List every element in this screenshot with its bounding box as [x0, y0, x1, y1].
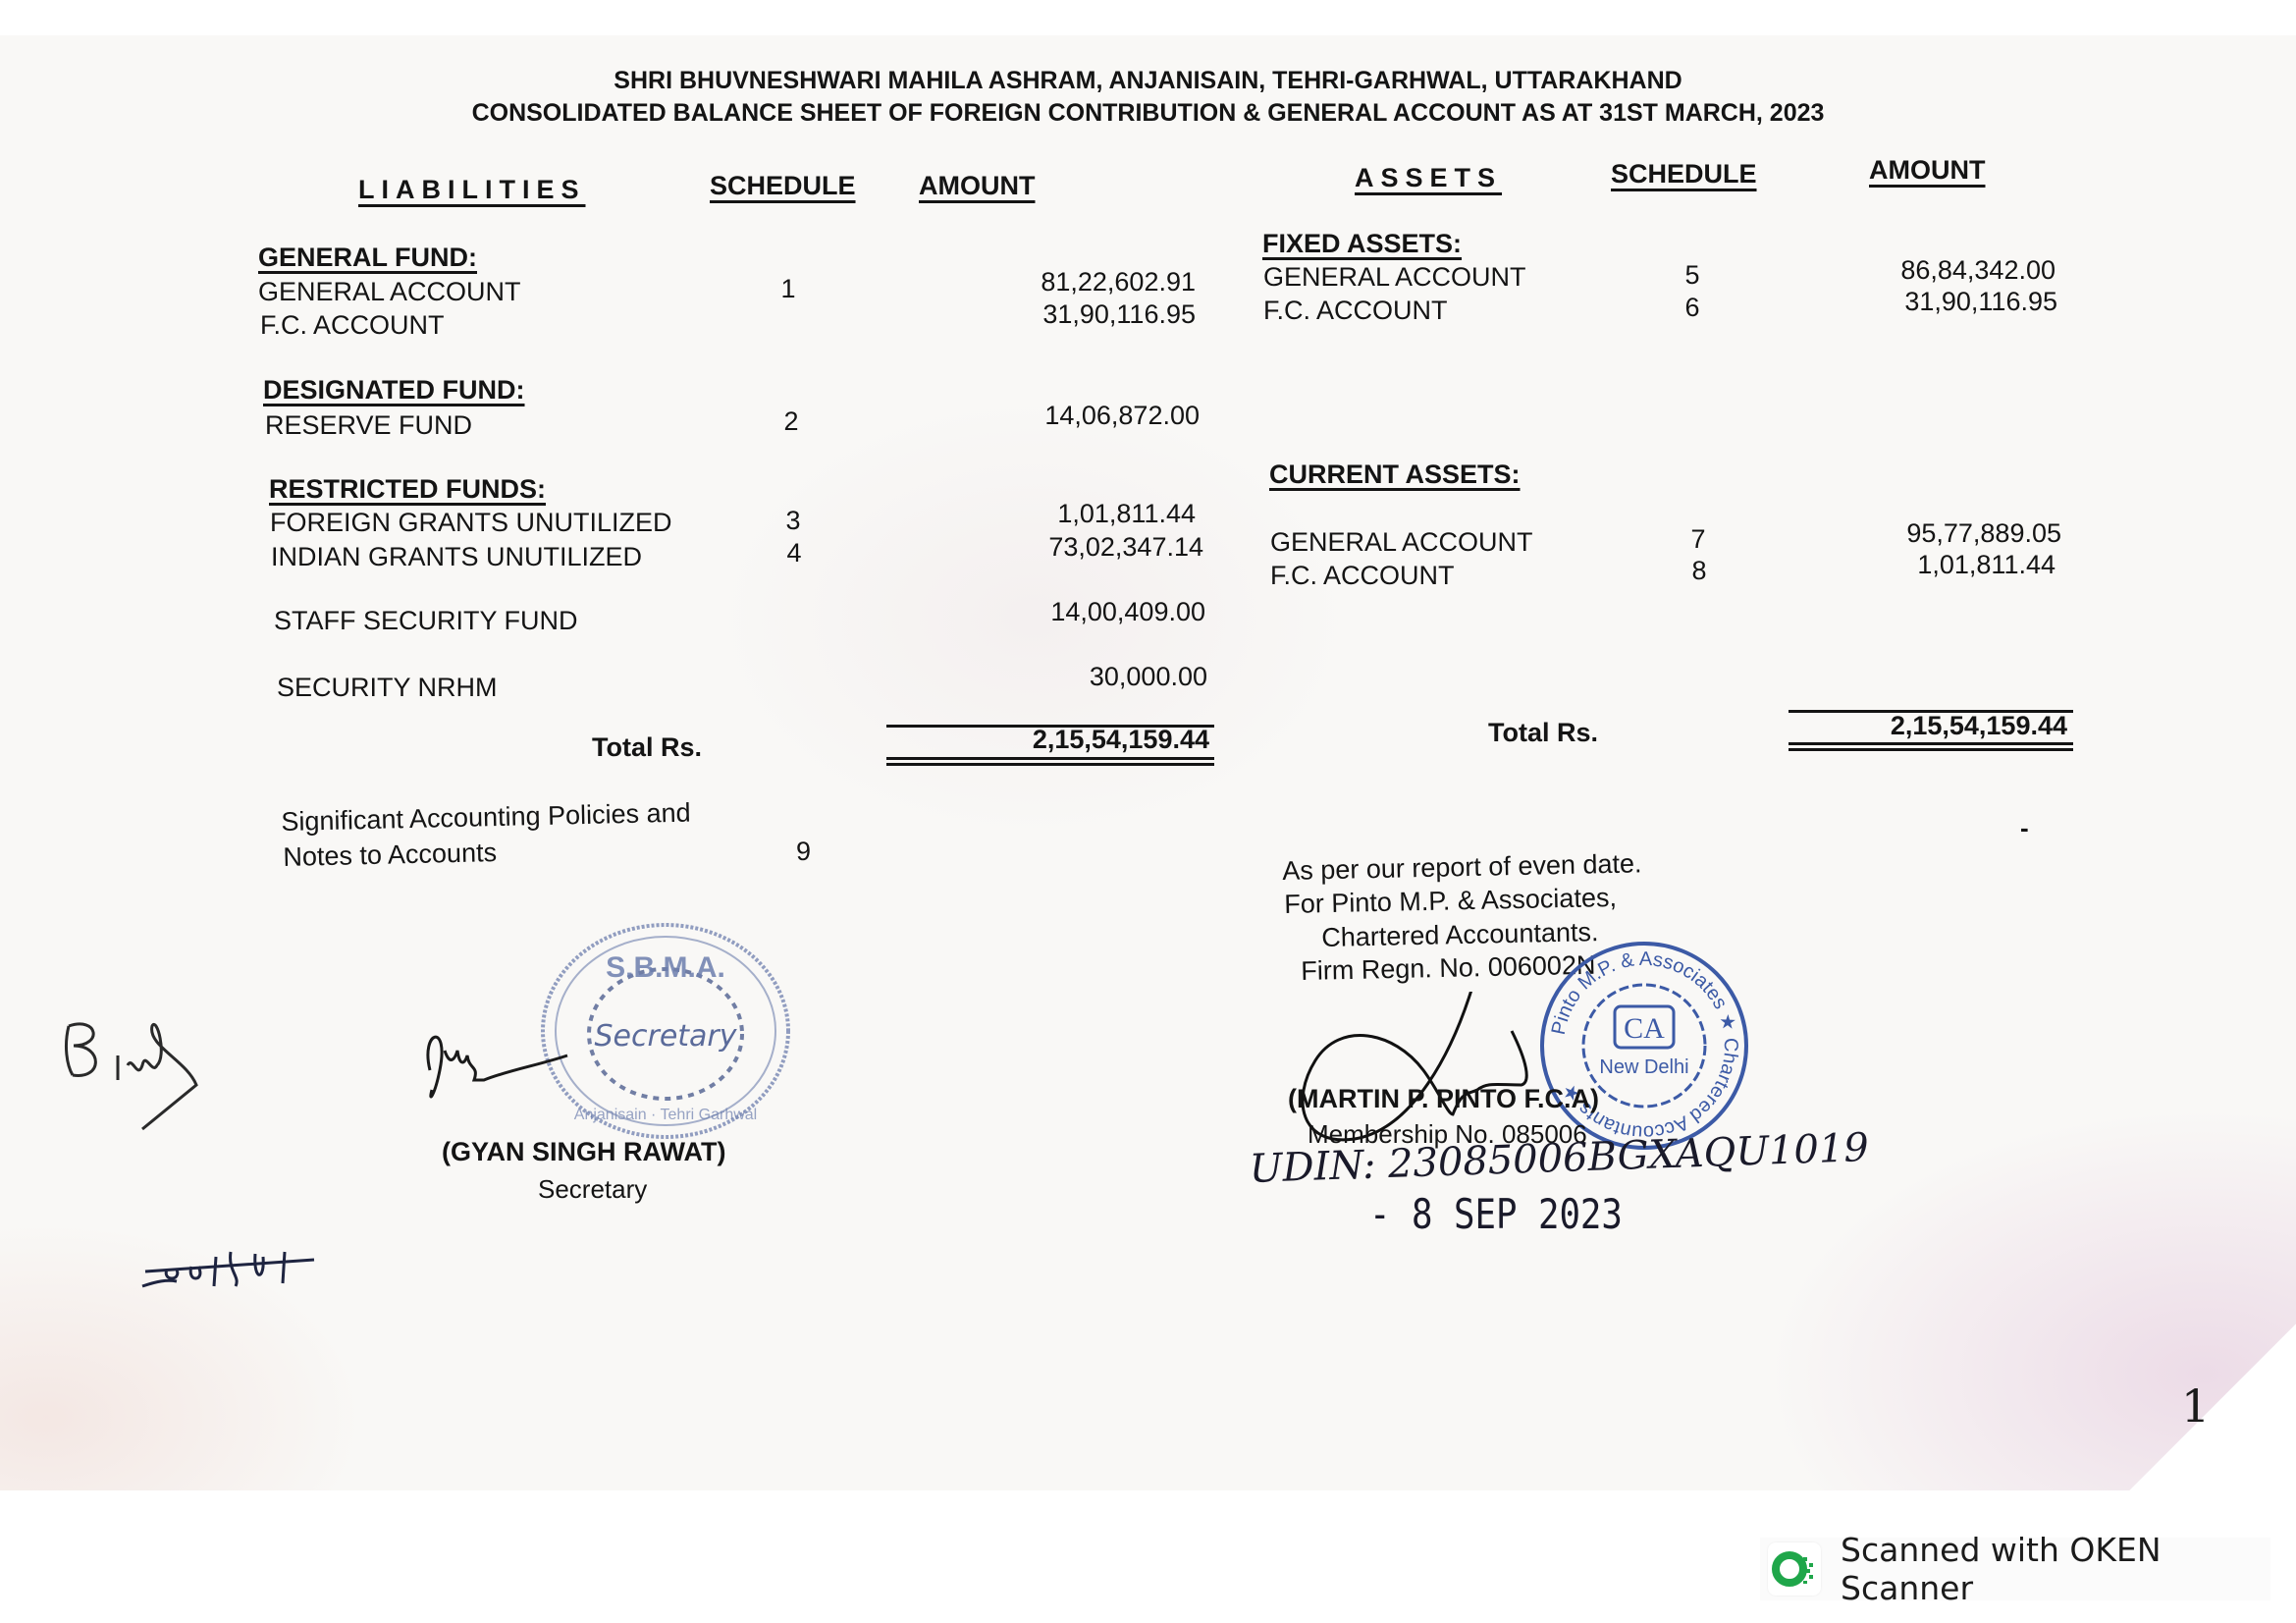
assets-total-label: Total Rs.: [1488, 718, 1598, 748]
liability-schedule: 2: [772, 406, 811, 437]
assets-amount-heading: AMOUNT: [1869, 155, 1985, 186]
asset-label: GENERAL ACCOUNT: [1270, 527, 1533, 558]
asset-label: F.C. ACCOUNT: [1270, 561, 1455, 591]
asset-label: GENERAL ACCOUNT: [1263, 262, 1526, 293]
section-current-assets: CURRENT ASSETS:: [1269, 460, 1521, 490]
total-rule-double-2: [886, 763, 1214, 766]
org-title: SHRI BHUVNESHWARI MAHILA ASHRAM, ANJANIS…: [0, 67, 2296, 95]
liability-label: STAFF SECURITY FUND: [274, 606, 578, 636]
asset-schedule: 5: [1673, 260, 1712, 291]
secretary-name: (GYAN SINGH RAWAT): [442, 1137, 726, 1167]
svg-text:Secretary: Secretary: [594, 1019, 737, 1054]
liability-schedule: 3: [774, 506, 813, 536]
liability-amount: 14,06,872.00: [986, 401, 1200, 431]
assets-schedule-heading: SCHEDULE: [1611, 159, 1757, 189]
section-general-fund: GENERAL FUND:: [258, 243, 477, 273]
asset-label: F.C. ACCOUNT: [1263, 296, 1448, 326]
asset-schedule: 8: [1680, 556, 1719, 586]
liabilities-amount-heading: AMOUNT: [919, 171, 1035, 201]
secretary-signature-icon: [410, 1011, 577, 1119]
asset-amount: 86,84,342.00: [1842, 255, 2056, 286]
initials-signature-icon: [59, 1006, 245, 1154]
asset-amount: 95,77,889.05: [1847, 518, 2061, 549]
liabilities-schedule-heading: SCHEDULE: [710, 171, 856, 201]
svg-text:CA: CA: [1624, 1012, 1665, 1045]
liability-label: FOREIGN GRANTS UNUTILIZED: [270, 508, 672, 538]
asset-schedule: 7: [1679, 524, 1718, 555]
liability-label: INDIAN GRANTS UNUTILIZED: [271, 542, 642, 572]
svg-text:S.B.M.A.: S.B.M.A.: [606, 951, 725, 984]
liability-amount: 81,22,602.91: [982, 267, 1196, 298]
liability-amount: 14,00,409.00: [991, 597, 1205, 627]
liability-amount: 30,000.00: [993, 662, 1207, 692]
section-designated-fund: DESIGNATED FUND:: [263, 375, 525, 406]
section-restricted-funds: RESTRICTED FUNDS:: [269, 474, 546, 505]
oken-scanner-logo-icon: [1768, 1542, 1821, 1596]
total-rule-double-1: [1789, 742, 2073, 745]
asset-amount: 31,90,116.95: [1843, 287, 2057, 317]
svg-text:Anjanisain · Tehri Garhwal: Anjanisain · Tehri Garhwal: [574, 1107, 757, 1123]
liability-schedule: 4: [774, 538, 814, 568]
liabilities-total: 2,15,54,159.44: [982, 725, 1209, 755]
liability-label: RESERVE FUND: [265, 410, 472, 441]
liability-amount: 31,90,116.95: [982, 299, 1196, 330]
liability-amount: 73,02,347.14: [989, 532, 1203, 563]
auditor-name: (MARTIN P. PINTO F.C.A): [1288, 1084, 1599, 1114]
section-fixed-assets: FIXED ASSETS:: [1262, 229, 1462, 259]
liability-label: F.C. ACCOUNT: [260, 310, 445, 341]
assets-total: 2,15,54,159.44: [1845, 711, 2067, 741]
date-stamp: - 8 SEP 2023: [1369, 1190, 1623, 1238]
notes-schedule: 9: [796, 837, 811, 867]
hindi-signature-icon: [137, 1242, 324, 1301]
secretary-title: Secretary: [538, 1174, 647, 1205]
asset-amount: 1,01,811.44: [1842, 550, 2056, 580]
asset-schedule: 6: [1673, 293, 1712, 323]
total-rule-double-1: [886, 757, 1214, 760]
liability-schedule: 1: [769, 274, 808, 304]
liability-amount: 1,01,811.44: [982, 499, 1196, 529]
liabilities-total-label: Total Rs.: [592, 732, 702, 763]
total-rule-double-2: [1789, 748, 2073, 751]
notes-line-2: Notes to Accounts: [283, 834, 497, 876]
scanner-watermark: Scanned with OKEN Scanner: [1760, 1538, 2270, 1600]
liability-label: GENERAL ACCOUNT: [258, 277, 521, 307]
liability-label: SECURITY NRHM: [277, 673, 498, 703]
stray-dash: -: [2020, 813, 2029, 843]
scanner-watermark-text: Scanned with OKEN Scanner: [1841, 1531, 2270, 1607]
assets-heading: ASSETS: [1355, 163, 1502, 193]
liabilities-heading: LIABILITIES: [358, 175, 586, 205]
document-title: CONSOLIDATED BALANCE SHEET OF FOREIGN CO…: [0, 99, 2296, 128]
page-number: 1: [2181, 1380, 2210, 1433]
